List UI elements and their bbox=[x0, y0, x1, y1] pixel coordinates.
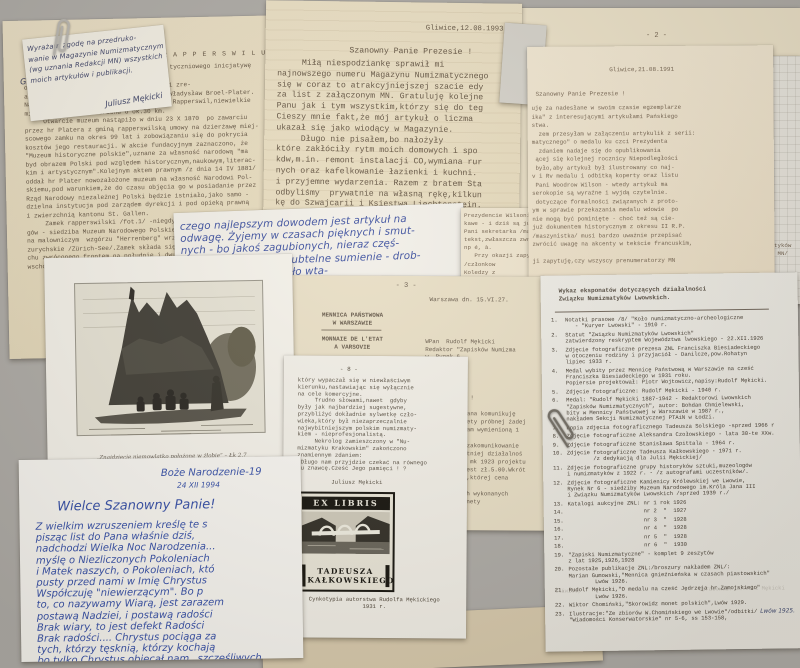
list-item: 3.Zdjęcie fotograficzne prezesa ZNL Fran… bbox=[551, 344, 791, 366]
list-item-number: 23. bbox=[555, 611, 569, 624]
white-sheet-edge: tyków MN/ bbox=[772, 56, 800, 304]
list-item-text: Zdjęcie fotograficzne Aleksandra Czołows… bbox=[567, 431, 775, 440]
letter-salutation: Szanowny Panie Prezesie ! bbox=[349, 46, 472, 57]
mint-letter-date: Warszawa dn. 15.VI.27. bbox=[430, 296, 509, 303]
page-number: - 8 - bbox=[340, 366, 358, 373]
list-item-number: 11. bbox=[553, 465, 567, 478]
list-item: 1.Notatki prasowe /8/ "Koło numizmatyczn… bbox=[551, 314, 791, 330]
engraving-art bbox=[68, 276, 271, 451]
letter-date: Gliwice,21.08.1991 bbox=[609, 66, 674, 73]
article-top-fragment: tyczniowego inicjatywę bbox=[169, 62, 251, 71]
list-item-handwritten-note: Lwów 1925. bbox=[760, 608, 795, 621]
article-heading: R A P P E R S W I L U . bbox=[163, 49, 276, 58]
paper-exhibit-list: Wykaz eksponatów dotyczących działalnośc… bbox=[540, 272, 800, 652]
letter-salutation: Szanowny Panie Prezesie ! bbox=[535, 90, 625, 98]
permission-note: Wyrażam zgodę na przedruko- wanie w Maga… bbox=[22, 25, 172, 121]
permission-note-text: Wyrażam zgodę na przedruko- wanie w Maga… bbox=[27, 30, 165, 86]
list-item-number: 5. bbox=[552, 389, 566, 395]
paper-christmas-letter: Boże Narodzenie-19 24 XII 1994 Wielce Sz… bbox=[19, 456, 304, 662]
list-item: 10.Zdjęcie fotograficzne Tadeusza Kałkow… bbox=[553, 447, 793, 463]
letterhead-divider bbox=[321, 329, 381, 330]
list-item-number: 2. bbox=[551, 332, 565, 345]
exlibris-plate: EX LIBRIS TADEUSZA KAŁKOWSKIEGO bbox=[296, 491, 395, 592]
list-item-text: Zdjęcie fotograficzne Tadeusza Kałkowski… bbox=[567, 448, 742, 463]
obituary-body: który wypaczał się w niewłaściwym kierun… bbox=[297, 377, 427, 487]
paper-engraving: „Znajdziecie niemowlątko położone w żłob… bbox=[44, 254, 296, 482]
list-item: 2.Statut "Związku Numizmatyków Lwowskich… bbox=[551, 329, 791, 345]
list-item-number: 17. bbox=[554, 535, 568, 541]
list-item-text: Medal: "Rudolf Mękicki 1887-1942 - Redak… bbox=[566, 395, 751, 423]
list-title: Wykaz eksponatów dotyczących działalnośc… bbox=[559, 285, 707, 303]
list-item-text: Medal wybity przez Mennicę Państwową w W… bbox=[566, 365, 768, 387]
permission-note-signature: Juliusz Mękicki bbox=[105, 91, 163, 109]
letter-date-handwritten-2: 24 XII 1994 bbox=[177, 480, 220, 490]
list-item-text: nr 6 " 1930 bbox=[568, 542, 687, 550]
list-item-text: Zdjęcie fotograficzne grupy historyków s… bbox=[567, 463, 752, 478]
list-item-text: "Zapiski Numizmatyczne" - komplet 9 zesz… bbox=[568, 550, 713, 565]
list-item-text: Statut "Związku Numizmatyków Lwowskich" … bbox=[565, 329, 763, 344]
list-item-text: Ilustracje:"Ze zbiorów W.Chomińskiego we… bbox=[569, 609, 757, 624]
paper-letter-1991: Gliwice,21.08.1991 Szanowny Panie Prezes… bbox=[527, 45, 775, 305]
list-item-number: 19. bbox=[554, 552, 568, 565]
paper-obituary: - 8 - który wypaczał się w niewłaściwym … bbox=[282, 355, 468, 638]
letter-body-handwritten: Z wielkim wzruszeniem kreślę te s pisząc… bbox=[35, 519, 261, 662]
mint-letterhead: MENNICA PAŃSTWOWA W WARSZAWIE bbox=[297, 311, 407, 327]
list-item-number: 1. bbox=[551, 317, 565, 330]
page-number: - 3 - bbox=[396, 282, 417, 290]
list-item: 4.Medal wybity przez Mennicę Państwową w… bbox=[552, 365, 792, 387]
exlibris-caption: Cynkotypia autorstwa Rudolfa Mękickiego … bbox=[282, 595, 466, 610]
list-item-text: nr 2 " 1927 bbox=[568, 508, 687, 516]
list-item-number: 4. bbox=[552, 368, 566, 387]
list-item-number: 3. bbox=[551, 347, 565, 366]
letter-salutation-handwritten: Wielce Szanowny Panie! bbox=[57, 497, 215, 514]
list-footer-left: Gliwice, bbox=[555, 587, 582, 594]
list-item-number: 20. bbox=[554, 567, 568, 586]
list-item-text: Zdjęcie fotograficzne prezesa ZNL Franci… bbox=[565, 344, 760, 366]
list-item-number: 18. bbox=[554, 544, 568, 550]
list-footer-right: Opracował: Juliusz Mękicki bbox=[699, 584, 785, 592]
exlibris-bridge-art bbox=[302, 511, 390, 554]
mint-letterhead-fr: MONNAIE DE L'ETAT A VARSOVIE bbox=[297, 335, 407, 351]
list-item: 23.Ilustracje:"Ze zbiorów W.Chomińskiego… bbox=[555, 608, 795, 624]
list-item-number: 16. bbox=[554, 527, 568, 533]
list-item: 19."Zapiski Numizmatyczne" - komplet 9 z… bbox=[554, 549, 794, 565]
list-item-number: 22. bbox=[555, 603, 569, 609]
exhibit-list-items: 1.Notatki prasowe /8/ "Koło numizmatyczn… bbox=[551, 314, 795, 626]
page-number: - 2 - bbox=[646, 32, 667, 40]
list-item-number: 12. bbox=[553, 480, 567, 499]
letter-date-handwritten: Boże Narodzenie-19 bbox=[161, 467, 262, 479]
list-item-text: Pozostałe publikacje ZNL:/broszury nakła… bbox=[568, 564, 770, 586]
exlibris-owner: TADEUSZA KAŁKOWSKIEGO bbox=[301, 564, 389, 587]
letter-date: Gliwice,12.08.1993. bbox=[426, 24, 508, 33]
list-item-text: Zdjęcie fotograficzne Kamienicy Królewsk… bbox=[567, 477, 755, 499]
documents-photo: - 2 - tyków MN/ R A P P E R S W I L U . … bbox=[0, 0, 800, 668]
list-item-number: 15. bbox=[554, 518, 568, 524]
typed-fragment: tyków MN/ bbox=[774, 242, 791, 258]
list-divider bbox=[555, 309, 769, 313]
list-item-text: nr 4 " 1928 bbox=[568, 525, 687, 533]
list-item-number: 10. bbox=[553, 450, 567, 463]
list-item: 20.Pozostałe publikacje ZNL:/broszury na… bbox=[554, 564, 794, 586]
list-item: 12.Zdjęcie fotograficzne Kamienicy Króle… bbox=[553, 477, 793, 499]
exlibris-title: EX LIBRIS bbox=[302, 496, 390, 510]
letter-body: uję za nadesłane w swoim czasie egzempla… bbox=[532, 104, 697, 267]
list-item-number: 14. bbox=[554, 510, 568, 516]
list-item: 6.Medal: "Rudolf Mękicki 1887-1942 - Red… bbox=[552, 395, 792, 424]
list-item-number: 13. bbox=[554, 501, 568, 507]
list-item-text: Notatki prasowe /8/ "Koło numizmatyczno-… bbox=[565, 315, 743, 330]
list-item: 11.Zdjęcie fotograficzne grupy historykó… bbox=[553, 462, 793, 478]
